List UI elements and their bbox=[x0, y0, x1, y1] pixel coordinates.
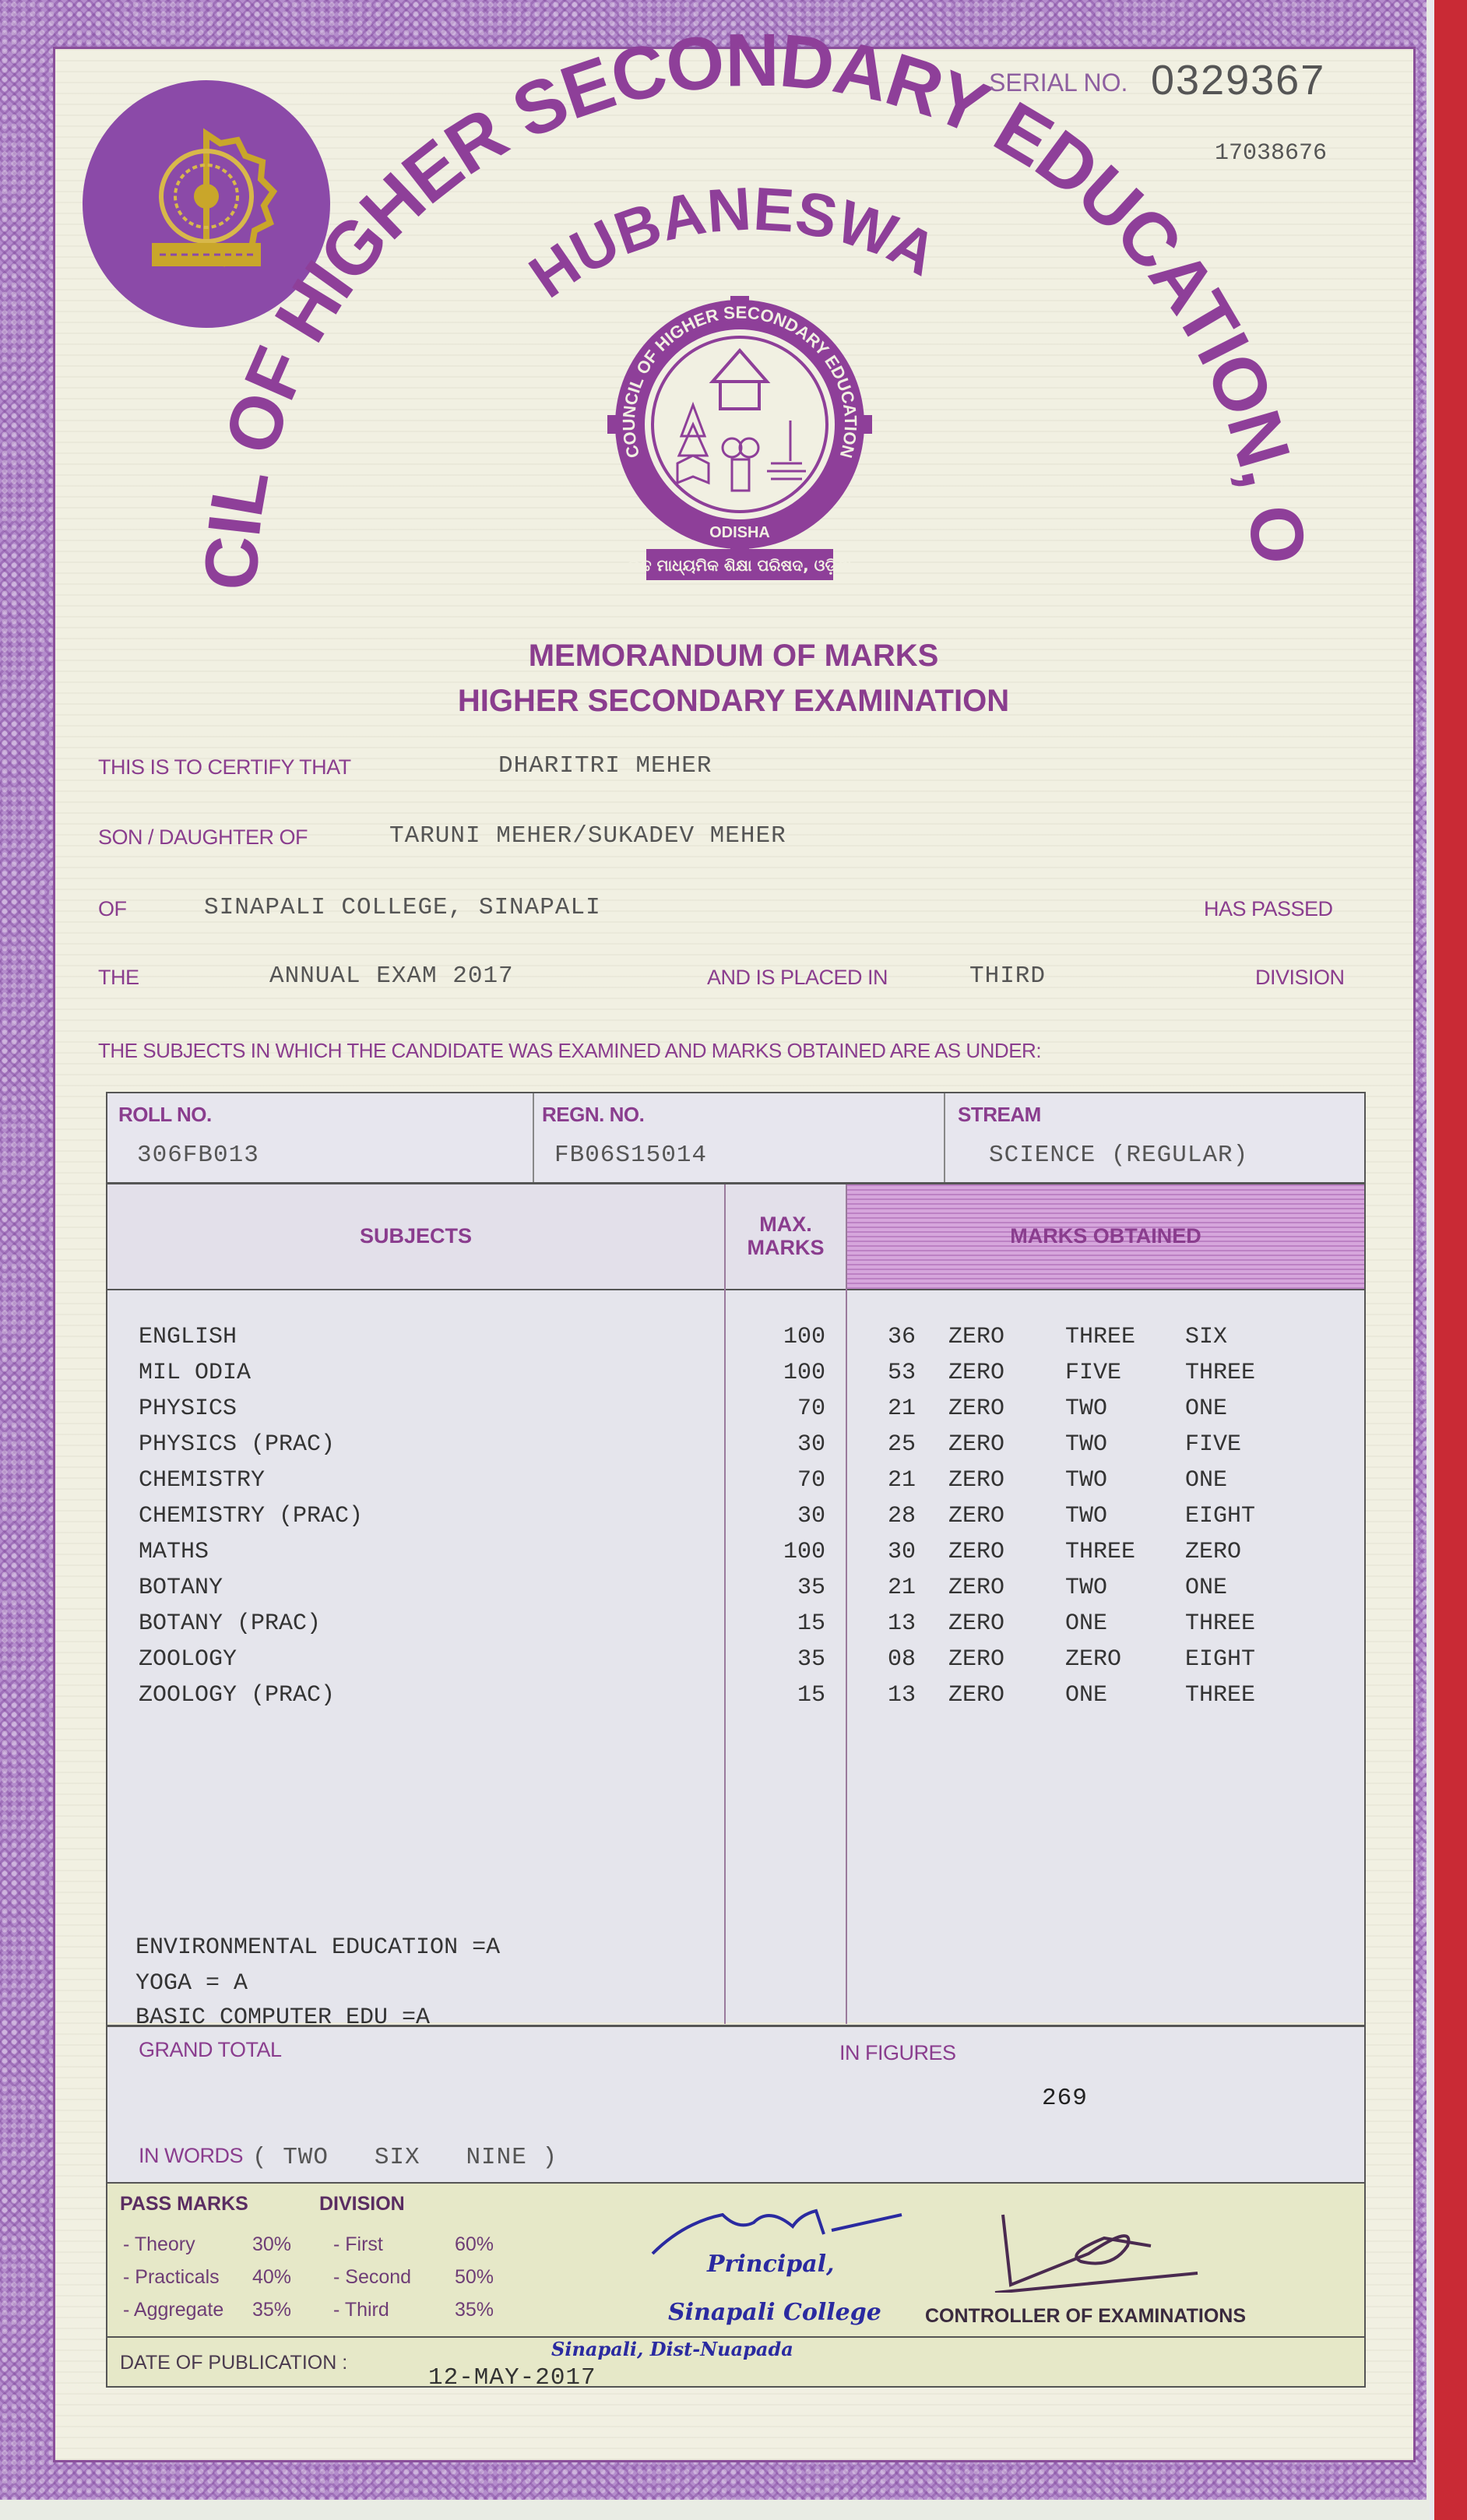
regn-value: FB06S15014 bbox=[554, 1142, 707, 1169]
pass-marks-section: PASS MARKS DIVISION - Theory 30% - Pract… bbox=[107, 2182, 1364, 2336]
total-figures: 269 bbox=[1042, 2085, 1088, 2112]
principal-stamp-address: Sinapali, Dist-Nuapada bbox=[551, 2338, 793, 2360]
of-label: OF bbox=[98, 897, 127, 921]
in-words-label: IN WORDS bbox=[139, 2144, 243, 2168]
regn-label: REGN. NO. bbox=[542, 1103, 644, 1127]
svg-text:ଉଚ୍ଚ ମାଧ୍ୟମିକ ଶିକ୍ଷା ପରିଷଦ, ଓଡ: ଉଚ୍ଚ ମାଧ୍ୟମିକ ଶିକ୍ଷା ପରିଷଦ, ଓଡ଼ିଶା bbox=[628, 556, 852, 575]
col-subjects: SUBJECTS bbox=[107, 1184, 724, 1289]
grade-row: ENVIRONMENTAL EDUCATION =A bbox=[107, 1934, 1364, 1970]
division-header: DIVISION bbox=[319, 2193, 405, 2216]
svg-text:ODISHA: ODISHA bbox=[709, 524, 770, 541]
regn-cell: REGN. NO. FB06S15014 bbox=[534, 1093, 945, 1182]
info-row: ROLL NO. 306FB013 REGN. NO. FB06S15014 S… bbox=[107, 1093, 1364, 1184]
exam-title: HIGHER SECONDARY EXAMINATION bbox=[0, 684, 1467, 719]
col-marks-obtained: MARKS OBTAINED bbox=[847, 1184, 1364, 1289]
principal-stamp-college: Sinapali College bbox=[668, 2299, 881, 2326]
table-row: BOTANY (PRAC)15 13ZEROONETHREE bbox=[107, 1610, 1364, 1646]
grade-row: YOGA = A bbox=[107, 1970, 1364, 2006]
stream-cell: STREAM SCIENCE (REGULAR) bbox=[945, 1093, 1364, 1182]
grand-total-label: GRAND TOTAL bbox=[139, 2038, 282, 2062]
exam-name: ANNUAL EXAM 2017 bbox=[269, 963, 514, 990]
pass-marks-label: PASS MARKS bbox=[120, 2193, 248, 2216]
sub-serial-number: 17038676 bbox=[1215, 140, 1327, 167]
controller-label: CONTROLLER OF EXAMINATIONS bbox=[925, 2305, 1246, 2328]
date-label: DATE OF PUBLICATION : bbox=[120, 2352, 347, 2374]
roll-cell: ROLL NO. 306FB013 bbox=[107, 1093, 534, 1182]
table-row: PHYSICS70 21ZEROTWOONE bbox=[107, 1396, 1364, 1431]
division-label: DIVISION bbox=[1255, 966, 1345, 990]
total-words: ( TWO SIX NINE ) bbox=[252, 2144, 558, 2171]
table-row: PHYSICS (PRAC)30 25ZEROTWOFIVE bbox=[107, 1431, 1364, 1467]
the-label: THE bbox=[98, 966, 139, 990]
stream-value: SCIENCE (REGULAR) bbox=[989, 1142, 1248, 1169]
parent-names: TARUNI MEHER/SUKADEV MEHER bbox=[389, 822, 786, 850]
principal-stamp-title: Principal, bbox=[707, 2251, 835, 2278]
college-name: SINAPALI COLLEGE, SINAPALI bbox=[204, 894, 601, 921]
controller-signature bbox=[980, 2199, 1229, 2293]
chse-seal: COUNCIL OF HIGHER SECONDARY EDUCATION OD… bbox=[607, 296, 872, 584]
roll-label: ROLL NO. bbox=[118, 1103, 212, 1127]
parent-label: SON / DAUGHTER OF bbox=[98, 825, 308, 850]
table-row: ZOOLOGY (PRAC)15 13ZEROONETHREE bbox=[107, 1682, 1364, 1718]
table-row: MIL ODIA100 53ZEROFIVETHREE bbox=[107, 1360, 1364, 1396]
has-passed-label: HAS PASSED bbox=[1204, 897, 1333, 921]
table-row: BOTANY35 21ZEROTWOONE bbox=[107, 1575, 1364, 1610]
table-row: ZOOLOGY35 08ZEROZEROEIGHT bbox=[107, 1646, 1364, 1682]
serial-label: SERIAL NO. bbox=[989, 69, 1128, 97]
publication-date-section: DATE OF PUBLICATION : 12-MAY-2017 Sinapa… bbox=[107, 2336, 1364, 2386]
subjects-intro: THE SUBJECTS IN WHICH THE CANDIDATE WAS … bbox=[98, 1039, 1041, 1063]
in-figures-label: IN FIGURES bbox=[839, 2041, 956, 2065]
marks-table: ROLL NO. 306FB013 REGN. NO. FB06S15014 S… bbox=[106, 1092, 1366, 2388]
candidate-name: DHARITRI MEHER bbox=[498, 752, 712, 780]
roll-value: 306FB013 bbox=[137, 1142, 259, 1169]
date-value: 12-MAY-2017 bbox=[428, 2364, 596, 2392]
placed-label: AND IS PLACED IN bbox=[707, 966, 888, 990]
division-value: THIRD bbox=[969, 963, 1046, 990]
certify-label: THIS IS TO CERTIFY THAT bbox=[98, 755, 351, 780]
table-row: CHEMISTRY (PRAC)30 28ZEROTWOEIGHT bbox=[107, 1503, 1364, 1539]
memorandum-title: MEMORANDUM OF MARKS bbox=[0, 639, 1467, 674]
table-header: SUBJECTS MAX. MARKS MARKS OBTAINED bbox=[107, 1184, 1364, 1290]
col-max-marks: MAX. MARKS bbox=[726, 1184, 846, 1289]
stream-label: STREAM bbox=[958, 1103, 1041, 1127]
table-row: ENGLISH100 36ZEROTHREESIX bbox=[107, 1324, 1364, 1360]
serial-number: 0329367 bbox=[1151, 56, 1325, 104]
table-row: MATHS100 30ZEROTHREEZERO bbox=[107, 1539, 1364, 1575]
grand-total-section: GRAND TOTAL IN FIGURES 269 IN WORDS ( TW… bbox=[107, 2025, 1364, 2183]
table-row: CHEMISTRY70 21ZEROTWOONE bbox=[107, 1467, 1364, 1503]
